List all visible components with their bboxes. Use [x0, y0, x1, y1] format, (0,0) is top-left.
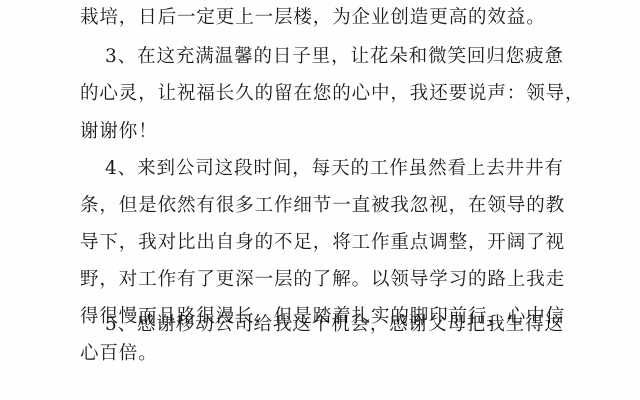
paragraph-4-start: 4、来到公司这段时间，每天的工作虽然看上去井井有: [105, 157, 585, 181]
text-line: 的心灵，让祝福长久的留在您的心中，我还要说声：领导，: [80, 82, 560, 106]
text-line: 栽培，日后一定更上一层楼，为企业创造更高的效益。: [80, 6, 560, 30]
text-line: 条，但是依然有很多工作细节一直被我忽视，在领导的教: [80, 194, 560, 218]
paragraph-5-start-visible: 5、感谢移动公司给我这个机会，感谢父母把我生得这: [105, 313, 585, 337]
text-line: 谢谢你！: [80, 120, 560, 144]
document-page: 栽培，日后一定更上一层楼，为企业创造更高的效益。 3、在这充满温馨的日子里，让花…: [0, 0, 640, 400]
text-line: 野，对工作有了更深一层的了解。以领导学习的路上我走: [80, 268, 560, 292]
paragraph-3-start: 3、在这充满温馨的日子里，让花朵和微笑回归您疲惫: [105, 45, 585, 69]
text-line: 导下，我对比出自身的不足，将工作重点调整，开阔了视: [80, 231, 560, 255]
text-line: 心百倍。: [80, 342, 560, 366]
